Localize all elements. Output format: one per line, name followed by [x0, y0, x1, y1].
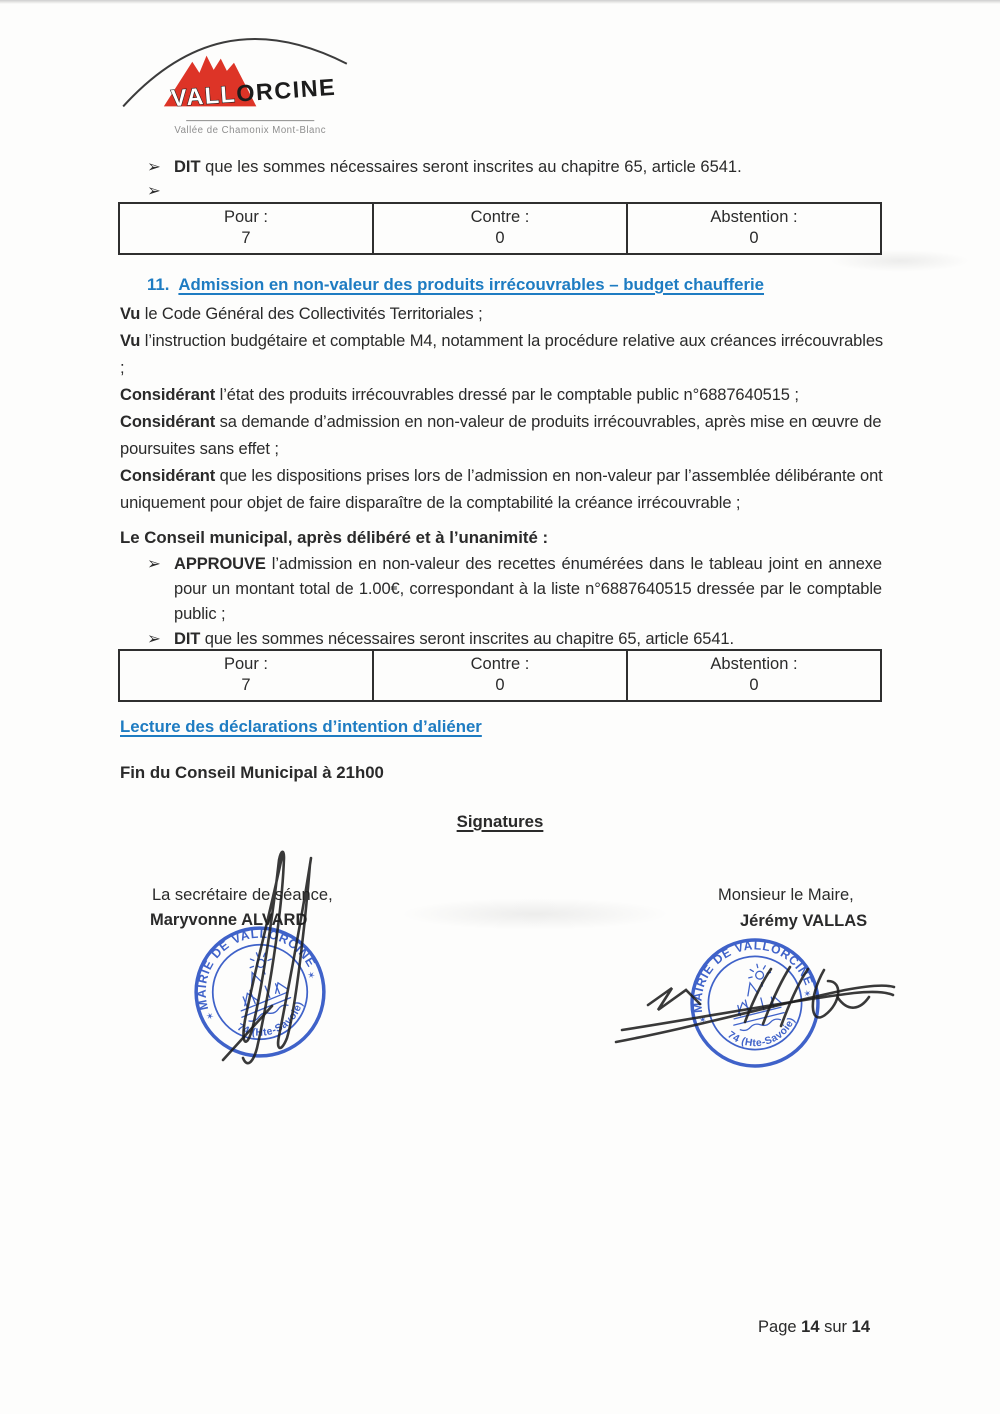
footer-total-pages: 14	[852, 1318, 870, 1336]
vote-value: 0	[374, 228, 626, 249]
bullet-text	[174, 179, 882, 203]
vote-cell: Abstention :0	[626, 204, 880, 253]
bullet-rest: que les sommes nécessaires seront inscri…	[201, 158, 742, 176]
vote-label: Abstention :	[628, 207, 880, 228]
bullet-arrow-icon: ➢	[120, 552, 174, 627]
bullet-rest: l’admission en non-valeur des recettes é…	[174, 555, 882, 623]
resolution-intro: Le Conseil municipal, après délibéré et …	[120, 528, 548, 548]
paragraph-lead-word: Considérant	[120, 413, 215, 431]
vote-value: 0	[628, 228, 880, 249]
section-number: 11.	[147, 275, 169, 295]
bullet-lead-word: DIT	[174, 630, 200, 648]
paragraph-text: que les dispositions prises lors de l’ad…	[120, 467, 883, 512]
paragraph: Considérant l’état des produits irrécouv…	[120, 382, 886, 409]
vote-value: 7	[120, 228, 372, 249]
footer-current-page: 14	[801, 1318, 819, 1336]
bullet-item: ➢APPROUVE l’admission en non-valeur des …	[120, 552, 882, 627]
paragraph-text: le Code Général des Collectivités Territ…	[140, 305, 482, 323]
paragraph-text: sa demande d’admission en non-valeur de …	[120, 413, 881, 458]
footer-word-page: Page	[758, 1318, 797, 1336]
bullet-text: APPROUVE l’admission en non-valeur des r…	[174, 552, 882, 627]
mayor-role-label: Monsieur le Maire,	[718, 886, 854, 905]
scan-edge-artifact	[0, 0, 1000, 4]
bullet-item: ➢	[120, 179, 882, 203]
paragraph-lead-word: Considérant	[120, 386, 215, 404]
paragraph-text: l’état des produits irrécouvrables dress…	[215, 386, 799, 404]
bullet-item: ➢DIT que les sommes nécessaires seront i…	[120, 155, 882, 179]
lecture-heading: Lecture des déclarations d’intention d’a…	[120, 717, 482, 737]
end-of-council-line: Fin du Conseil Municipal à 21h00	[120, 763, 384, 783]
section-title: Admission en non-valeur des produits irr…	[178, 275, 764, 295]
vote-value: 7	[120, 675, 372, 696]
bullet-arrow-icon: ➢	[120, 179, 174, 203]
vote-cell: Contre :0	[372, 651, 626, 700]
paragraph: Considérant que les dispositions prises …	[120, 463, 886, 517]
vote-table-1: Pour :7Contre :0Abstention :0	[118, 202, 882, 255]
vote-cell: Pour :7	[120, 204, 372, 253]
vote-label: Contre :	[374, 654, 626, 675]
vote-value: 0	[374, 675, 626, 696]
secretary-signature-ink	[200, 843, 340, 1073]
paragraph-lead-word: Vu	[120, 305, 140, 323]
paragraph-lead-word: Vu	[120, 332, 140, 350]
bullet-rest: que les sommes nécessaires seront inscri…	[200, 630, 734, 648]
vote-label: Abstention :	[628, 654, 880, 675]
recital-paragraphs: Vu le Code Général des Collectivités Ter…	[120, 301, 886, 517]
document-page: VALLORCINE Vallée de Chamonix Mont-Blanc…	[0, 0, 1000, 1414]
paragraph-lead-word: Considérant	[120, 467, 215, 485]
signatures-heading: Signatures	[120, 812, 880, 832]
vote-cell: Contre :0	[372, 204, 626, 253]
vote-cell: Pour :7	[120, 651, 372, 700]
bullet-text: DIT que les sommes nécessaires seront in…	[174, 155, 882, 179]
paragraph: Considérant sa demande d’admission en no…	[120, 409, 886, 463]
bullet-lead-word: APPROUVE	[174, 555, 266, 573]
vote-label: Pour :	[120, 654, 372, 675]
top-bullet-list: ➢DIT que les sommes nécessaires seront i…	[120, 155, 882, 203]
footer-word-sur: sur	[824, 1318, 847, 1336]
vote-table-2: Pour :7Contre :0Abstention :0	[118, 649, 882, 702]
scan-smudge	[400, 898, 670, 930]
vallorcine-logo: VALLORCINE Vallée de Chamonix Mont-Blanc	[113, 22, 357, 138]
section-11-heading: 11. Admission en non-valeur des produits…	[147, 275, 764, 295]
paragraph: Vu l’instruction budgétaire et comptable…	[120, 328, 886, 382]
paragraph-text: l’instruction budgétaire et comptable M4…	[120, 332, 883, 377]
vote-label: Contre :	[374, 207, 626, 228]
logo-tagline: Vallée de Chamonix Mont-Blanc	[174, 125, 326, 136]
vote-value: 0	[628, 675, 880, 696]
bullet-arrow-icon: ➢	[120, 155, 174, 179]
resolution-bullet-list: ➢APPROUVE l’admission en non-valeur des …	[120, 552, 882, 652]
paragraph: Vu le Code Général des Collectivités Ter…	[120, 301, 886, 328]
vote-cell: Abstention :0	[626, 651, 880, 700]
vote-label: Pour :	[120, 207, 372, 228]
mayor-signature-ink	[608, 953, 900, 1053]
page-number: Page 14 sur 14	[758, 1318, 870, 1337]
bullet-lead-word: DIT	[174, 158, 201, 176]
